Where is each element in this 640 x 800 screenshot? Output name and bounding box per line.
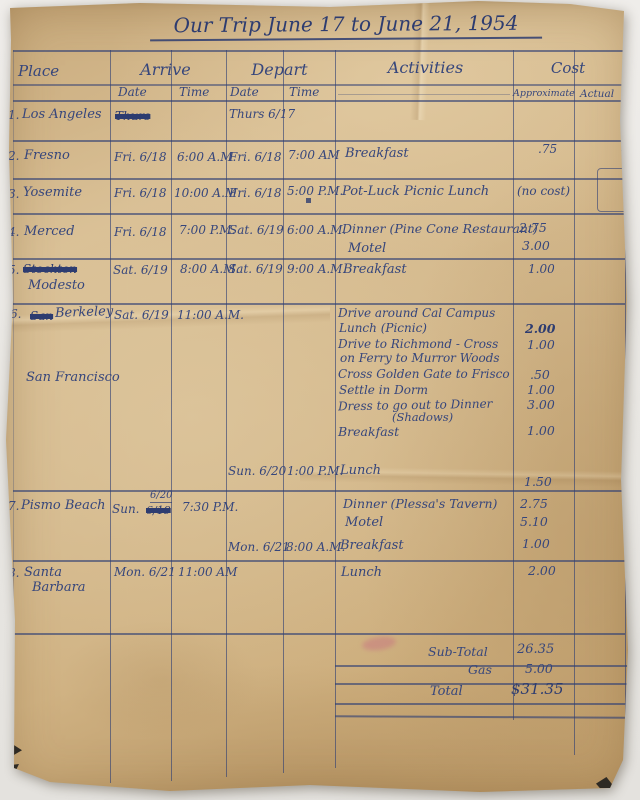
row2-actual-mark: ~ <box>620 144 631 159</box>
row4-activity-2: Motel <box>348 242 386 257</box>
row3-arrive-date: Fri. 6/18 <box>114 187 166 201</box>
row4-depart-time: 6:00 A.M. <box>287 224 346 238</box>
scanned-paper-wrapper: Our Trip June 17 to June 21, 1954 Place <box>0 0 640 800</box>
row7-depart-time: 8:00 A.M. <box>286 541 345 555</box>
subheader-depart-time: Time <box>289 86 319 100</box>
document-title: Our Trip June 17 to June 21, 1954 <box>150 12 542 42</box>
row6-arrive-date: Sat. 6/19 <box>114 309 169 323</box>
grid-line <box>13 633 625 635</box>
row8-cost-approximate: 2.00 <box>528 564 556 578</box>
row2-depart-date: Fri. 6/18 <box>229 151 281 165</box>
subtotal-label: Sub-Total <box>428 645 488 659</box>
row7-cost-3: 1.00 <box>522 537 550 551</box>
row6-depart-activity: Lunch <box>340 464 381 479</box>
row6-arrive-time: 11:00 A.M. <box>177 309 244 323</box>
row7-arrive-date-correction: 6/20 <box>150 490 172 503</box>
row5-activity: Breakfast <box>343 263 407 278</box>
row1-number: 1. <box>8 109 19 123</box>
grid-line <box>13 213 625 215</box>
row6-depart-cost: 1.50 <box>524 475 552 489</box>
row6-activity-9: Breakfast <box>338 425 399 439</box>
row6-place-struck: San <box>30 310 53 324</box>
grid-line <box>625 50 626 718</box>
grid-line <box>574 50 575 755</box>
row5-number: 5. <box>8 264 19 278</box>
grid-line <box>13 560 625 562</box>
row2-arrive-time: 6:00 A.M. <box>177 151 236 165</box>
totals-rule <box>335 715 628 718</box>
row5-depart-date: Sat. 6/19 <box>228 263 283 277</box>
grid-line <box>13 140 625 142</box>
grid-line <box>171 50 172 781</box>
inked-box-mark <box>597 168 635 212</box>
row3-depart-date: Fri. 6/18 <box>229 187 281 201</box>
gas-value: 5.00 <box>525 662 553 676</box>
pink-smudge <box>361 635 396 653</box>
row1-place: Los Angeles <box>22 108 102 123</box>
row7-number: 7. <box>8 500 19 514</box>
row8-place-2: Barbara <box>32 581 86 596</box>
row8-place-1: Santa <box>24 566 62 581</box>
row4-cost-2: 3.00 <box>522 239 550 253</box>
paper-mottle <box>60 620 260 740</box>
row3-cost-approximate: (no cost) <box>517 185 570 199</box>
row6-number: 6. <box>10 308 21 322</box>
row6-cost-2: 2.00 <box>525 322 555 336</box>
row7-arrive-time: 7:30 P.M. <box>182 501 238 515</box>
row6-depart-date: Sun. 6/20 <box>228 465 286 479</box>
col-header-arrive: Arrive <box>118 61 213 79</box>
torn-corner-mark <box>10 764 19 775</box>
ink-blot <box>306 198 311 203</box>
row4-number: 4. <box>8 226 19 240</box>
total-label: Total <box>430 685 463 700</box>
row4-arrive-date: Fri. 6/18 <box>114 226 166 240</box>
subheader-cost-actual: Actual <box>580 88 614 100</box>
row2-place: Fresno <box>24 149 70 164</box>
row6-cost-6: 1.00 <box>527 383 555 397</box>
grid-line <box>13 50 625 52</box>
row4-depart-date: Sat. 6/19 <box>229 224 284 238</box>
row4-arrive-time: 7:00 P.M. <box>179 224 235 238</box>
subheader-depart-date: Date <box>230 86 259 100</box>
total-value: $31.35 <box>511 681 564 698</box>
row6-depart-time: 1:00 P.M. <box>287 465 343 479</box>
subheader-arrive-date: Date <box>118 86 147 100</box>
torn-corner-mark <box>9 742 22 757</box>
row4-cost-1: 2.75 <box>519 221 547 235</box>
row6-cost-9: 1.00 <box>527 424 555 438</box>
row5-place: Modesto <box>28 279 85 294</box>
grid-line <box>513 50 514 720</box>
totals-rule <box>335 703 628 705</box>
gas-label: Gas <box>468 663 492 677</box>
row7-activity-2: Motel <box>345 516 383 531</box>
row6-activity-1: Drive around Cal Campus <box>338 307 495 321</box>
col-header-place: Place <box>18 63 59 80</box>
row3-depart-time: 5:00 P.M. <box>287 185 343 199</box>
row5-place-struck: Stockton <box>23 263 77 277</box>
col-header-depart: Depart <box>232 61 327 79</box>
col-header-cost: Cost <box>528 60 608 77</box>
row1-depart-date: Thurs 6/17 <box>229 108 295 122</box>
row1-arrive-date-struck: Thurs <box>115 110 150 124</box>
header-stroke <box>338 94 510 95</box>
row2-arrive-date: Fri. 6/18 <box>114 151 166 165</box>
row4-activity-1: Dinner (Pine Cone Restaurant) <box>342 222 538 236</box>
row7-arrive-date: Sun. <box>112 503 140 517</box>
row4-place: Merced <box>24 225 75 240</box>
col-header-activities: Activities <box>358 59 493 77</box>
row8-activity: Lunch <box>341 566 382 581</box>
row3-place: Yosemite <box>23 186 82 201</box>
row2-cost-approximate: .75 <box>538 143 557 157</box>
subtotal-value: 26.35 <box>517 643 554 658</box>
row7-cost-1: 2.75 <box>520 497 548 511</box>
grid-line <box>13 490 625 492</box>
row2-number: 2. <box>8 150 19 164</box>
paper-document: Our Trip June 17 to June 21, 1954 Place <box>0 0 640 800</box>
row6-cost-7: 3.00 <box>527 398 555 412</box>
grid-line <box>13 100 625 102</box>
row5-depart-time: 9:00 A.M. <box>287 263 346 277</box>
row6-activity-8: (Shadows) <box>392 411 453 424</box>
row7-depart-date: Mon. 6/21 <box>228 541 290 555</box>
row3-number: 3. <box>8 188 19 202</box>
row2-activity: Breakfast <box>345 147 409 162</box>
totals-rule <box>335 683 627 685</box>
row6-place: Berkeley <box>55 305 114 322</box>
row6-activity-2: Lunch (Picnic) <box>339 322 427 336</box>
row6-cost-5: .50 <box>530 368 550 382</box>
row3-activity: Pot-Luck Picnic Lunch <box>342 185 489 200</box>
row5-arrive-date: Sat. 6/19 <box>113 264 168 278</box>
row7-place: Pismo Beach <box>21 499 106 514</box>
row6-activity-6: Settle in Dorm <box>339 384 428 398</box>
grid-line <box>110 50 111 783</box>
row6-cost-3: 1.00 <box>527 338 555 352</box>
row5-cost-approximate: 1.00 <box>528 263 555 277</box>
row7-cost-2: 5.10 <box>520 515 548 529</box>
row6-activity-3: Drive to Richmond - Cross <box>338 338 498 352</box>
torn-corner-mark <box>596 777 615 788</box>
grid-line <box>13 178 625 180</box>
grid-line <box>283 50 284 773</box>
row6-activity-4: on Ferry to Murror Woods <box>340 352 500 366</box>
subheader-arrive-time: Time <box>179 86 209 100</box>
row2-depart-time: 7:00 AM <box>288 149 340 163</box>
row7-activity-3: Breakfast <box>340 539 404 554</box>
row8-number: 8. <box>8 567 19 581</box>
row8-arrive-date: Mon. 6/21 <box>114 566 176 580</box>
subheader-cost-approximate: Approximate <box>513 89 574 100</box>
row6-activity-5: Cross Golden Gate to Frisco <box>338 368 510 382</box>
row6-place-2: San Francisco <box>26 371 120 386</box>
row8-arrive-time: 11:00 AM <box>178 566 237 580</box>
row7-arrive-date-struck: 6/19 <box>146 505 171 518</box>
grid-line <box>13 258 625 260</box>
row7-activity-1: Dinner (Plessa's Tavern) <box>343 497 497 511</box>
